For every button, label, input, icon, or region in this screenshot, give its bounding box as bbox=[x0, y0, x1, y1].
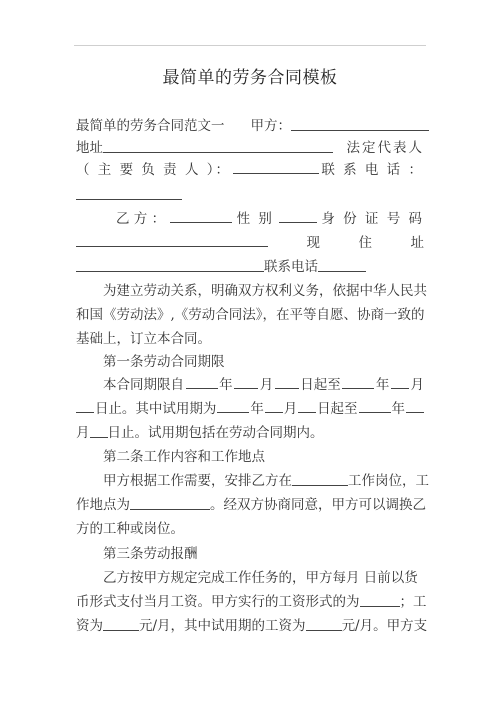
gender-label: 性 别 bbox=[237, 208, 274, 230]
probation-included-text: 日止。试用期包括在劳动合同期内。 bbox=[108, 425, 324, 441]
paragraph-preamble-1: 为建立劳动关系，明确双方权利义务，依据中华人民共 bbox=[76, 280, 424, 302]
month-label: 月 bbox=[284, 398, 298, 420]
party-b-label: 乙 方 ： bbox=[76, 208, 165, 230]
term-until-label: 日起至 bbox=[300, 374, 341, 396]
probation-end-day-blank[interactable] bbox=[90, 423, 108, 438]
header-divider bbox=[74, 45, 426, 46]
residence-blank[interactable] bbox=[76, 257, 264, 272]
term-line-2: 日止。其中试用期为 年 月 日起至 年 bbox=[76, 398, 424, 420]
work-location-suffix: 。经双方协商同意，甲方可以调换乙 bbox=[210, 497, 426, 513]
residence-label-3: 址 bbox=[411, 232, 425, 254]
pay-line-3: 资为元/月，其中试用期的工资为元/月。甲方支 bbox=[76, 615, 424, 637]
wage-label: 资为 bbox=[76, 618, 103, 634]
month-label: 月 bbox=[260, 374, 274, 396]
year-label: 年 bbox=[219, 374, 233, 396]
doc-line-phone-blank bbox=[76, 184, 424, 206]
wage-form-blank[interactable] bbox=[360, 592, 400, 607]
year-label: 年 bbox=[376, 374, 390, 396]
pay-line-2: 币形式支付当月工资。甲方实行的工资形式的为；工 bbox=[76, 591, 424, 613]
end-day-blank[interactable] bbox=[76, 398, 94, 413]
work-location-blank[interactable] bbox=[130, 495, 210, 510]
doc-line-party-a: 最简单的劳务合同范文一甲方： bbox=[76, 115, 424, 137]
term-line-1: 本合同期限自 年 月 日起至 年 月 bbox=[76, 374, 424, 396]
doc-line-principal: （ 主 要 负 责 人 ）： 联 系 电 话 ： bbox=[76, 159, 424, 181]
principal-label: （ 主 要 负 责 人 ）： bbox=[76, 159, 231, 181]
phone-a-blank[interactable] bbox=[76, 185, 182, 200]
doc-line-residence: 现 住 址 bbox=[76, 232, 424, 254]
document-title: 最简单的劳务合同模板 bbox=[0, 63, 500, 88]
wage-blank[interactable] bbox=[103, 616, 139, 631]
address-blank[interactable] bbox=[103, 138, 333, 153]
residence-label-2: 住 bbox=[359, 232, 373, 254]
work-line-3: 方的工种或岗位。 bbox=[76, 518, 424, 540]
end-month-blank[interactable] bbox=[391, 374, 409, 389]
probation-wage-blank[interactable] bbox=[306, 616, 342, 631]
paragraph-preamble-2: 和国《劳动法》,《劳动合同法》，在平等自愿、协商一致的 bbox=[76, 304, 424, 326]
section-heading-1: 第一条劳动合同期限 bbox=[76, 351, 424, 373]
wage-form-label: 币形式支付当月工资。甲方实行的工资形式的为 bbox=[76, 594, 360, 610]
work-line-1: 甲方根据工作需要，安排乙方在工作岗位，工 bbox=[76, 470, 424, 492]
subtitle-text: 最简单的劳务合同范文一 bbox=[76, 118, 225, 134]
phone-b-blank[interactable] bbox=[318, 257, 366, 272]
section-heading-2: 第二条工作内容和工作地点 bbox=[76, 446, 424, 468]
work-post-blank[interactable] bbox=[292, 471, 348, 486]
work-location-label: 作地点为 bbox=[76, 497, 130, 513]
month-label: 月 bbox=[410, 374, 424, 396]
term-line-3: 月日止。试用期包括在劳动合同期内。 bbox=[76, 422, 424, 444]
wage-suffix: 元/月。甲方支 bbox=[342, 618, 428, 634]
doc-line-phone-b: 联系电话 bbox=[76, 256, 424, 278]
address-label: 地址 bbox=[76, 140, 103, 156]
work-post-label: 甲方根据工作需要，安排乙方在 bbox=[103, 473, 292, 489]
section-heading-3: 第三条劳动报酬 bbox=[76, 543, 424, 565]
month-label: 月 bbox=[76, 425, 90, 441]
start-day-blank[interactable] bbox=[275, 374, 299, 389]
phone-label: 联 系 电 话 ： bbox=[321, 159, 424, 181]
term-start-label: 本合同期限自 bbox=[103, 374, 184, 396]
probation-start-year-blank[interactable] bbox=[217, 398, 249, 413]
party-b-blank[interactable] bbox=[170, 208, 232, 223]
id-number-label: 身 份 证 号 码 bbox=[321, 208, 424, 230]
paragraph-preamble-3: 基础上，订立本合同。 bbox=[76, 328, 424, 350]
principal-blank[interactable] bbox=[233, 159, 319, 174]
party-a-blank[interactable] bbox=[291, 116, 429, 131]
probation-start-month-blank[interactable] bbox=[265, 398, 283, 413]
work-post-suffix: 工作岗位，工 bbox=[348, 473, 429, 489]
id-number-blank[interactable] bbox=[76, 232, 268, 247]
end-year-blank[interactable] bbox=[342, 374, 374, 389]
legal-rep-label: 法定代表人 bbox=[347, 137, 425, 159]
pay-line-1: 乙方按甲方规定完成工作任务的，甲方每月 日前以货 bbox=[76, 567, 424, 589]
doc-line-party-b: 乙 方 ： 性 别 身 份 证 号 码 bbox=[76, 208, 424, 230]
probation-end-month-blank[interactable] bbox=[406, 398, 424, 413]
year-label: 年 bbox=[250, 398, 264, 420]
start-month-blank[interactable] bbox=[234, 374, 258, 389]
probation-label: 日止。其中试用期为 bbox=[95, 398, 217, 420]
party-a-label: 甲方： bbox=[251, 118, 292, 134]
phone-b-label: 联系电话 bbox=[264, 259, 318, 275]
probation-end-year-blank[interactable] bbox=[359, 398, 391, 413]
gender-blank[interactable] bbox=[279, 208, 317, 223]
year-label: 年 bbox=[391, 398, 405, 420]
doc-line-address: 地址 法定代表人 bbox=[76, 137, 424, 159]
term-until-label: 日起至 bbox=[317, 398, 358, 420]
probation-wage-label: 元/月，其中试用期的工资为 bbox=[139, 618, 306, 634]
start-year-blank[interactable] bbox=[186, 374, 218, 389]
residence-label-1: 现 bbox=[307, 232, 321, 254]
work-line-2: 作地点为。经双方协商同意，甲方可以调换乙 bbox=[76, 494, 424, 516]
probation-start-day-blank[interactable] bbox=[298, 398, 316, 413]
wage-form-suffix: ；工 bbox=[400, 594, 427, 610]
